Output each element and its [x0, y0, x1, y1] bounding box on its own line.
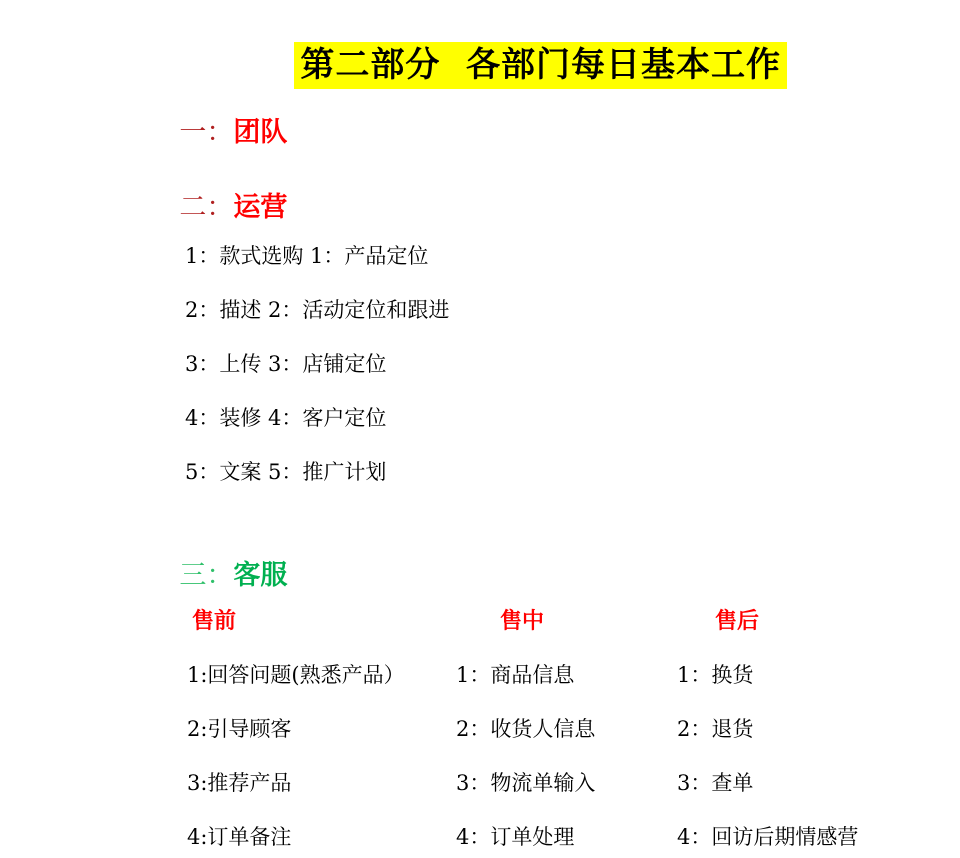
- service-item-insale: 3：物流单输入: [456, 770, 595, 796]
- operations-task: 1：款式选购 1：产品定位: [185, 243, 428, 269]
- section-team-label: 团队: [233, 117, 287, 148]
- section-operations-number: 二：: [179, 192, 233, 223]
- section-operations-label: 运营: [233, 192, 287, 223]
- service-item-aftersale: 3：查单: [677, 770, 753, 796]
- operations-task: 2：描述 2：活动定位和跟进: [185, 297, 449, 323]
- service-column-header-insale: 售中: [500, 608, 544, 636]
- document-page: 第二部分 各部门每日基本工作 一：团队 二：运营 1：款式选购 1：产品定位 2…: [0, 0, 960, 858]
- service-item-insale: 1：商品信息: [456, 662, 574, 688]
- service-column-header-presale: 售前: [192, 608, 236, 636]
- service-item-insale: 2：收货人信息: [456, 716, 595, 742]
- operations-task: 4：装修 4：客户定位: [185, 405, 386, 431]
- service-column-header-aftersale: 售后: [715, 608, 759, 636]
- document-title: 第二部分 各部门每日基本工作: [247, 4, 787, 126]
- service-item-presale: 3:推荐产品: [187, 770, 291, 796]
- section-service-label: 客服: [233, 560, 287, 591]
- section-service-number: 三：: [179, 560, 233, 591]
- operations-task: 5：文案 5：推广计划: [185, 459, 386, 485]
- service-item-insale: 4：订单处理: [456, 824, 574, 850]
- section-team-number: 一：: [179, 117, 233, 148]
- service-item-presale: 1:回答问题(熟悉产品）: [187, 662, 405, 688]
- operations-task: 3：上传 3：店铺定位: [185, 351, 386, 377]
- service-item-presale: 4:订单备注: [187, 824, 291, 850]
- service-item-aftersale: 2：退货: [677, 716, 753, 742]
- section-operations: 二：运营: [145, 161, 287, 254]
- service-item-aftersale: 4：回访后期情感营: [677, 824, 858, 850]
- title-highlight: 第二部分 各部门每日基本工作: [294, 42, 787, 89]
- service-item-aftersale: 1：换货: [677, 662, 753, 688]
- service-item-presale: 2:引导顾客: [187, 716, 291, 742]
